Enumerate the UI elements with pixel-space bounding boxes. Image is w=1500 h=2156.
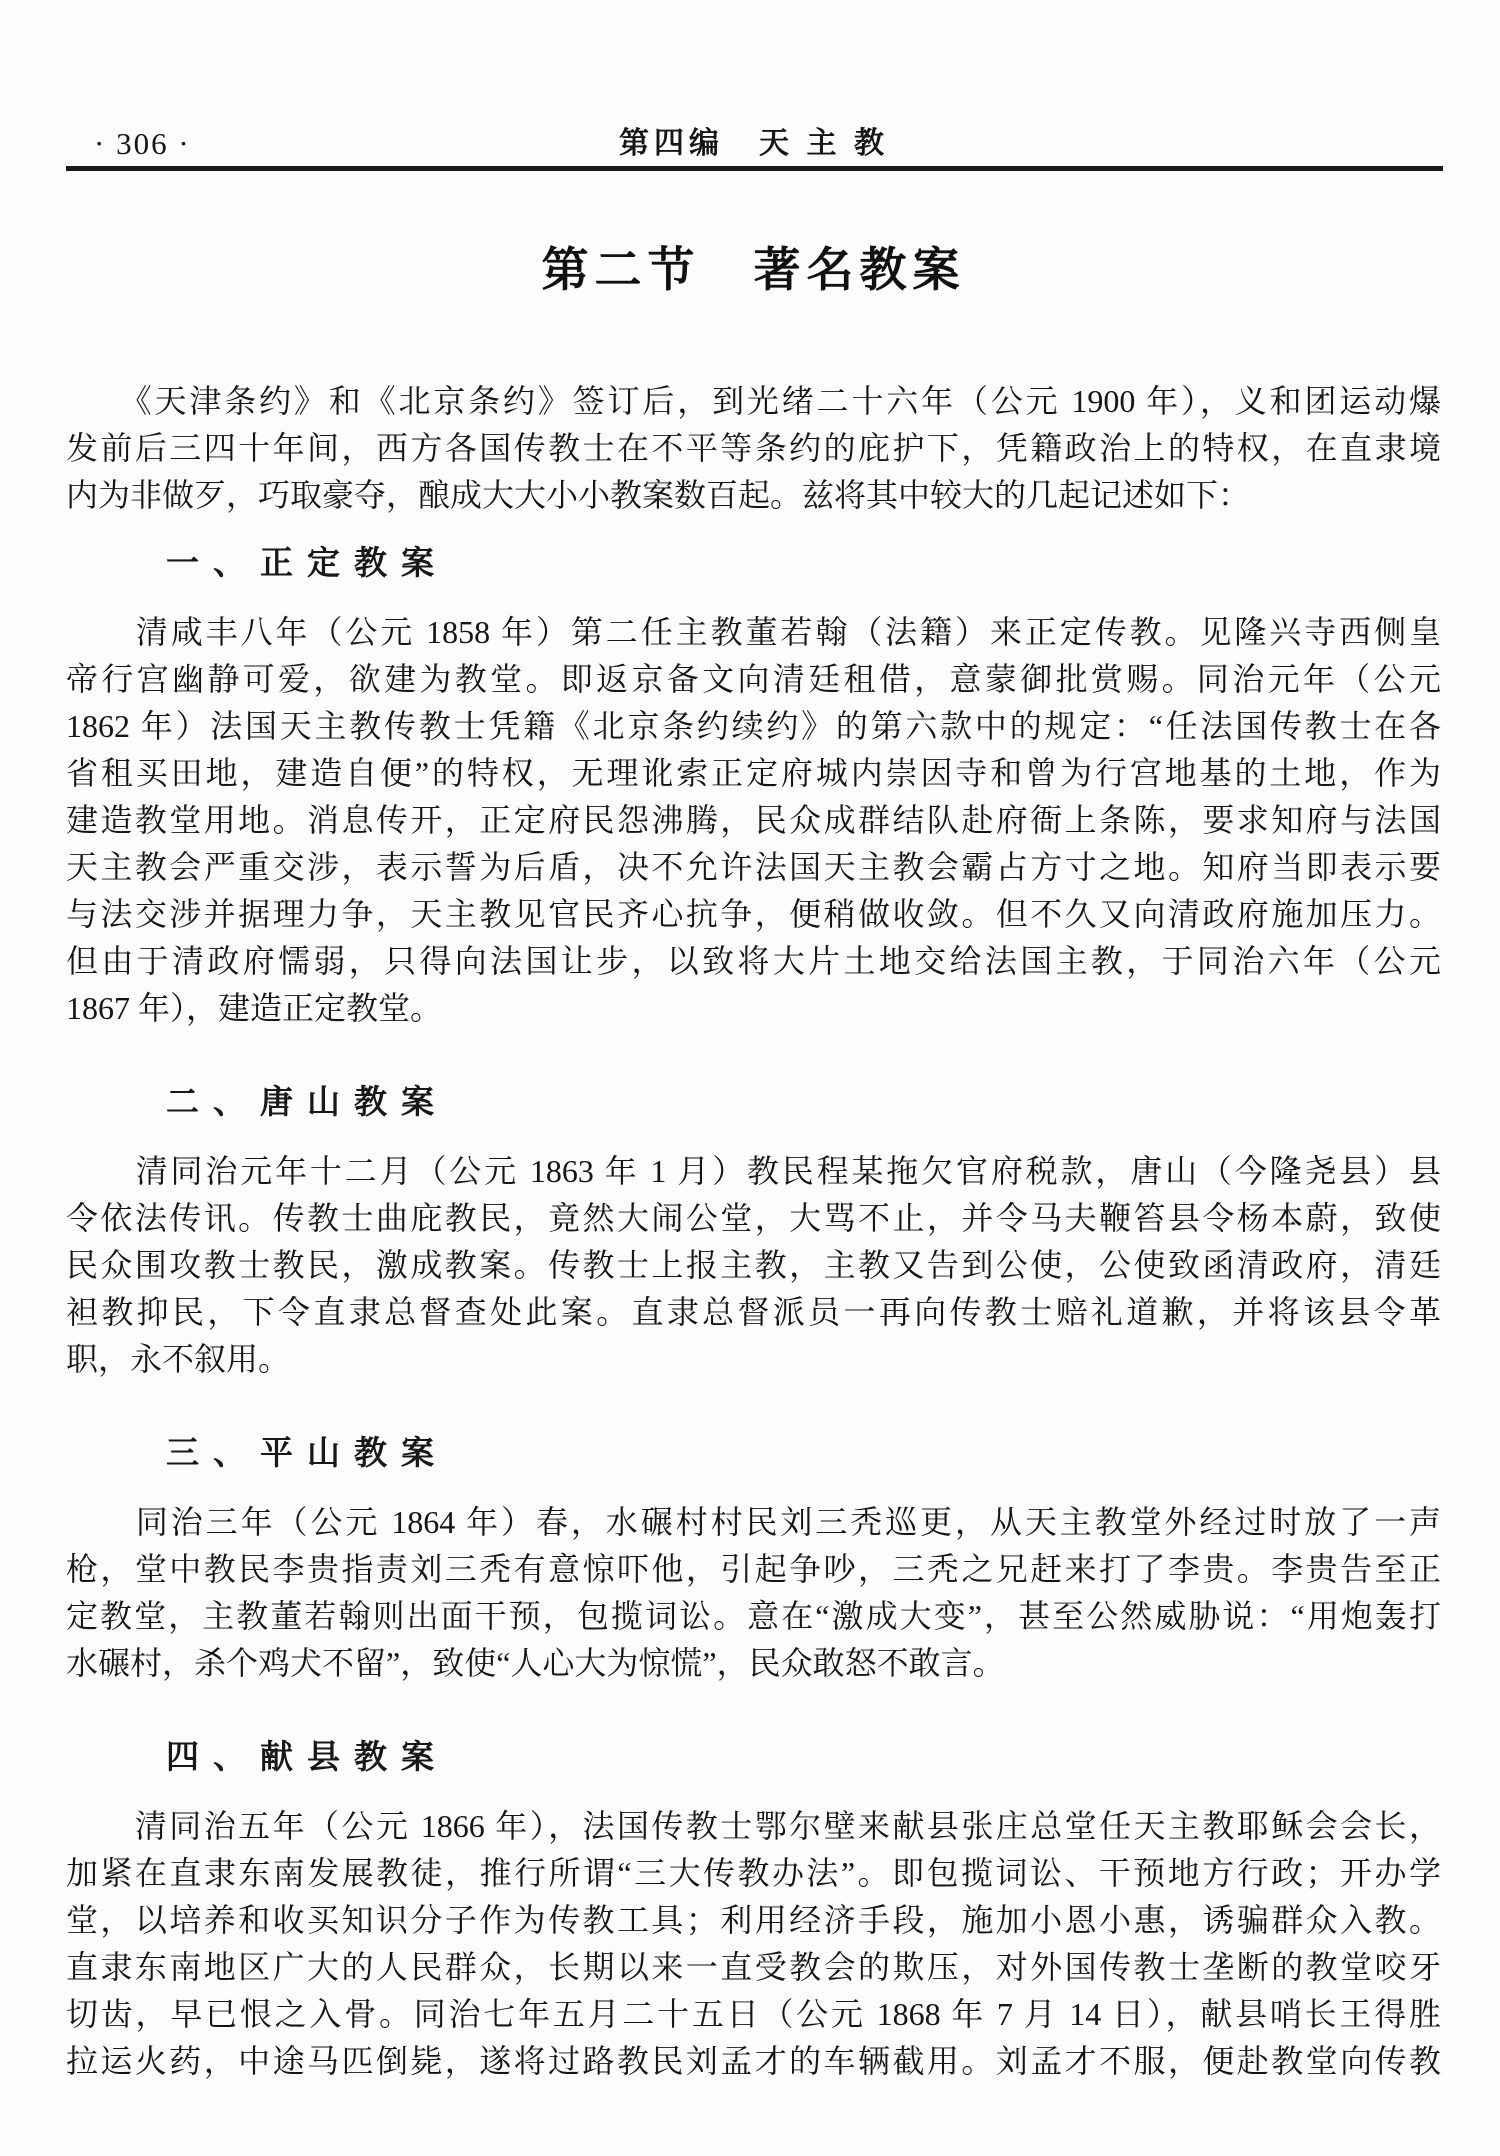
- book-page: · 306 · 第四编 天 主 教 第二节 著名教案 《天津条约》和《北京条约》…: [0, 0, 1500, 2156]
- text-line: 发前后三四十年间，西方各国传教士在不平等条约的庇护下，凭籍政治上的特权，在直隶境: [66, 425, 1441, 472]
- text-line: 切齿，早已恨之入骨。同治七年五月二十五日（公元 1868 年 7 月 14 日）…: [66, 1991, 1441, 2038]
- text-line: 但由于清政府懦弱，只得向法国让步，以致将大片土地交给法国主教，于同治六年（公元: [66, 938, 1441, 985]
- text-line: 帝行宫幽静可爱，欲建为教堂。即返京备文向清廷租借，意蒙御批赏赐。同治元年（公元: [66, 656, 1441, 703]
- intro-paragraph: 《天津条约》和《北京条约》签订后，到光绪二十六年（公元 1900 年），义和团运…: [66, 378, 1441, 519]
- subsection-heading-tangshan: 二、唐山教案: [66, 1078, 1441, 1126]
- subsection-paragraph-xianxian: 清同治五年（公元 1866 年），法国传教士鄂尔壁来献县张庄总堂任天主教耶稣会会…: [66, 1803, 1441, 2085]
- subsection-heading-pingshan: 三、平山教案: [66, 1429, 1441, 1477]
- text-line: 清同治五年（公元 1866 年），法国传教士鄂尔壁来献县张庄总堂任天主教耶稣会会…: [66, 1803, 1441, 1850]
- text-line: 1862 年）法国天主教传教士凭籍《北京条约续约》的第六款中的规定：“任法国传教…: [66, 703, 1441, 750]
- subsection-paragraph-tangshan: 清同治元年十二月（公元 1863 年 1 月）教民程某拖欠官府税款，唐山（今隆尧…: [66, 1148, 1441, 1383]
- text-line: 令依法传讯。传教士曲庇教民，竟然大闹公堂，大骂不止，并令马夫鞭笞县令杨本蔚，致使: [66, 1195, 1441, 1242]
- text-line: 袒教抑民，下令直隶总督查处此案。直隶总督派员一再向传教士赔礼道歉，并将该县令革: [66, 1289, 1441, 1336]
- text-line: 内为非做歹，巧取豪夺，酿成大大小小教案数百起。兹将其中较大的几起记述如下：: [66, 472, 1441, 519]
- text-line: 天主教会严重交涉，表示誓为后盾，决不允许法国天主教会霸占方寸之地。知府当即表示要: [66, 844, 1441, 891]
- text-line: 民众围攻教士教民，激成教案。传教士上报主教，主教又告到公使，公使致函清政府，清廷: [66, 1242, 1441, 1289]
- text-line: 清咸丰八年（公元 1858 年）第二任主教董若翰（法籍）来正定传教。见隆兴寺西侧…: [66, 609, 1441, 656]
- text-line: 加紧在直隶东南发展教徒，推行所谓“三大传教办法”。即包揽词讼、干预地方行政；开办…: [66, 1850, 1441, 1897]
- subsection-paragraph-zhengding: 清咸丰八年（公元 1858 年）第二任主教董若翰（法籍）来正定传教。见隆兴寺西侧…: [66, 609, 1441, 1032]
- running-title: 第四编 天 主 教: [66, 122, 1442, 166]
- text-line: 拉运火药，中途马匹倒毙，遂将过路教民刘孟才的车辆截用。刘孟才不服，便赴教堂向传教: [66, 2038, 1441, 2085]
- text-line: 水碾村，杀个鸡犬不留”，致使“人心大为惊慌”，民众敢怒不敢言。: [66, 1640, 1441, 1687]
- text-line: 堂，以培养和收买知识分子作为传教工具；利用经济手段，施加小恩小惠，诱骗群众入教。: [66, 1897, 1441, 1944]
- text-line: 职，永不叙用。: [66, 1336, 1441, 1383]
- subsection-heading-xianxian: 四、献县教案: [66, 1733, 1441, 1781]
- text-line: 枪，堂中教民李贵指责刘三秃有意惊吓他，引起争吵，三秃之兄赶来打了李贵。李贵告至正: [66, 1546, 1441, 1593]
- text-line: 建造教堂用地。消息传开，正定府民怨沸腾，民众成群结队赴府衙上条陈，要求知府与法国: [66, 797, 1441, 844]
- page-title: 第二节 著名教案: [66, 240, 1441, 300]
- header-rule: [66, 166, 1443, 171]
- text-line: 1867 年），建造正定教堂。: [66, 985, 1441, 1032]
- text-line: 省租买田地，建造自便”的特权，无理讹索正定府城内崇因寺和曾为行宫地基的土地，作为: [66, 750, 1441, 797]
- page-content: 第二节 著名教案 《天津条约》和《北京条约》签订后，到光绪二十六年（公元 190…: [66, 240, 1441, 2085]
- subsection-heading-zhengding: 一、正定教案: [66, 539, 1441, 587]
- text-line: 定教堂，主教董若翰则出面干预，包揽词讼。意在“激成大变”，甚至公然威胁说：“用炮…: [66, 1593, 1441, 1640]
- text-line: 直隶东南地区广大的人民群众，长期以来一直受教会的欺压，对外国传教士垄断的教堂咬牙: [66, 1944, 1441, 1991]
- text-line: 《天津条约》和《北京条约》签订后，到光绪二十六年（公元 1900 年），义和团运…: [66, 378, 1441, 425]
- subsection-paragraph-pingshan: 同治三年（公元 1864 年）春，水碾村村民刘三秃巡更，从天主教堂外经过时放了一…: [66, 1499, 1441, 1687]
- page-header: · 306 · 第四编 天 主 教: [66, 122, 1442, 166]
- text-line: 同治三年（公元 1864 年）春，水碾村村民刘三秃巡更，从天主教堂外经过时放了一…: [66, 1499, 1441, 1546]
- text-line: 清同治元年十二月（公元 1863 年 1 月）教民程某拖欠官府税款，唐山（今隆尧…: [66, 1148, 1441, 1195]
- text-line: 与法交涉并据理力争，天主教见官民齐心抗争，便稍做收敛。但不久又向清政府施加压力。: [66, 891, 1441, 938]
